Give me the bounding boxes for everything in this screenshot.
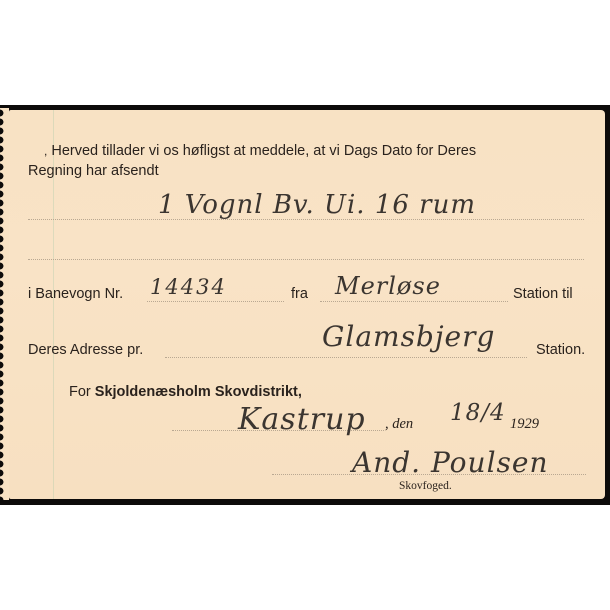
date-label: , den bbox=[385, 416, 413, 433]
wagon-label: i Banevogn Nr. bbox=[28, 286, 123, 302]
perforated-edge bbox=[0, 108, 9, 500]
address-line bbox=[165, 357, 527, 358]
intro-line-2: Regning har afsendt bbox=[28, 163, 159, 179]
date-day-month: 18/4 bbox=[450, 400, 506, 426]
signer-title: Skovfoged. bbox=[399, 480, 452, 492]
place: Kastrup bbox=[238, 402, 366, 437]
company-line: For Skjoldenæsholm Skovdistrikt, bbox=[69, 384, 302, 400]
station-label: Station. bbox=[536, 342, 585, 358]
date-year: 1929 bbox=[510, 416, 539, 433]
from-station-line bbox=[320, 301, 508, 302]
goods-handwritten: 1 Vognl Bv. Ui. 16 rum bbox=[158, 190, 476, 220]
station-to-label: Station til bbox=[513, 286, 573, 302]
from-label: fra bbox=[291, 286, 308, 302]
wagon-number-line bbox=[147, 301, 284, 302]
goods-dotted-line-1 bbox=[28, 219, 584, 220]
intro-line-1: , Herved tillader vi os høfligst at medd… bbox=[44, 143, 476, 159]
goods-dotted-line-2 bbox=[28, 259, 584, 260]
wagon-number: 14434 bbox=[150, 275, 227, 299]
signature: And. Poulsen bbox=[352, 446, 549, 479]
address-label: Deres Adresse pr. bbox=[28, 342, 143, 358]
from-station: Merløse bbox=[335, 272, 441, 300]
destination-station: Glamsbjerg bbox=[322, 320, 495, 353]
